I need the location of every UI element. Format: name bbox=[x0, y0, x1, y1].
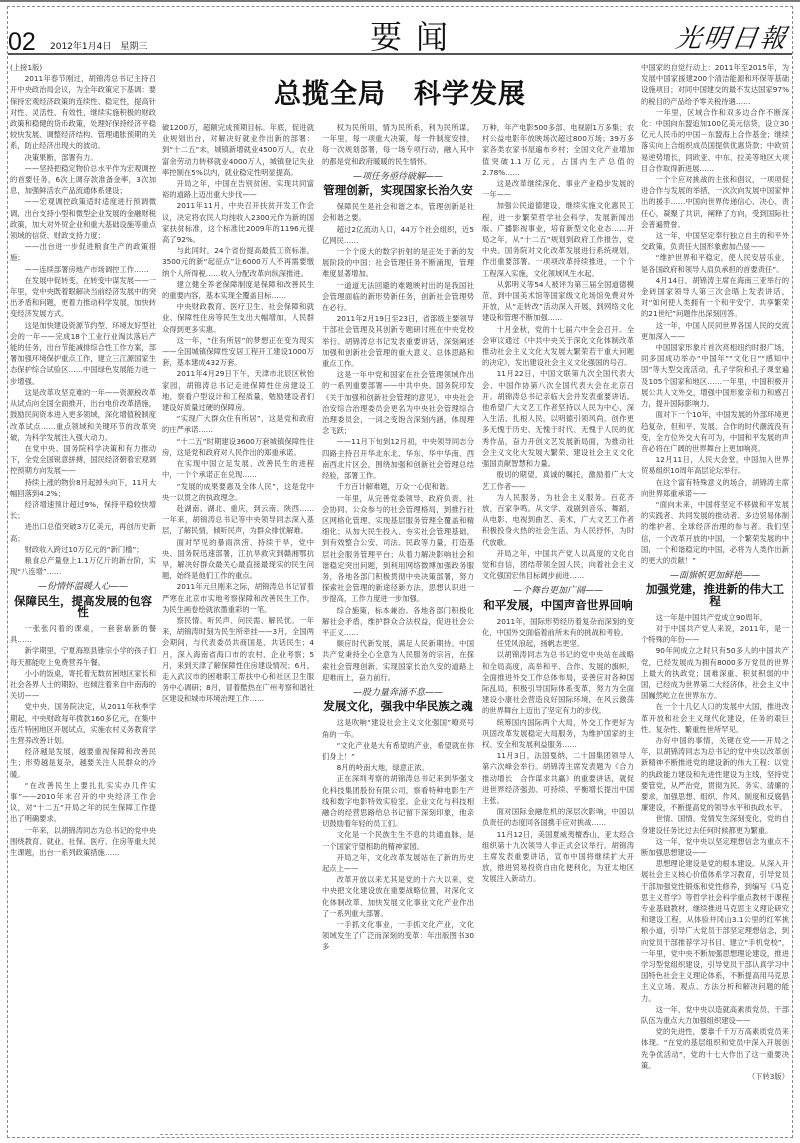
paragraph: 在实现中国立足发展、改善民生的进程中，一个个承诺正在兑现…… bbox=[162, 458, 314, 480]
paragraph: 察民情、听民声、问民需、解民忧。一年来，胡锦涛时刻为民生所牵挂——3月，全国两会… bbox=[162, 615, 314, 705]
paragraph: 一年来，以胡锦涛同志为总书记的党中央围绕教育、就业、社保、医疗、住房等重大民生课… bbox=[10, 825, 156, 859]
paragraph: 持续上涨的物价8月起掉头向下，11月大幅回落到4.2%； bbox=[10, 477, 156, 499]
paragraph: 这是改革攻坚克难的一年——资源税改革从试点向全国全面推开，出台电价改革措施，鼓励… bbox=[10, 387, 156, 443]
paragraph: 对于中国共产党人来说，2011年，是一个特殊的年份—— bbox=[641, 623, 789, 645]
paragraph: 一年里，区域合作和双多边合作不断深化：中国向东盟追加100亿美元信贷，设立30亿… bbox=[641, 107, 789, 174]
paragraph: 开局之年，中国在告别贫困、实现共同富裕的道路上迈出重大步伐—— bbox=[162, 178, 314, 200]
paragraph: 这一年，党中央以坚定理想信念为重点不断加强思想建设—— bbox=[641, 836, 789, 858]
paragraph: 这一年，中国坚定奉行独立自主的和平外交政策，负责任大国形象愈加凸显—— bbox=[641, 230, 789, 252]
header-divider bbox=[8, 53, 792, 55]
section-kicker: —项任务亟待破解—— bbox=[322, 172, 474, 183]
paragraph: 这是一年中党和国家在社会管理领域作出的一系列重要部署——中共中央、国务院印发《关… bbox=[322, 369, 474, 436]
paragraph: (上接1版) bbox=[10, 62, 156, 73]
paragraph: 中国家的自觉行动上：2011年至2015年，为发展中国家援建200个清洁能源和环… bbox=[641, 62, 789, 107]
paragraph: 建立健全养老保障制度是保障和改善民生的重要内容，基本实现全覆盖目标…… bbox=[162, 279, 314, 301]
paragraph: 这一年，党中央以造就高素质党员、干部队伍为重点大力加强组织建设—— bbox=[641, 1004, 789, 1026]
paragraph: 面对罕见的暴雨洪涝、持续干旱，党中央、国务院迅速部署，江抗旱救灾到赣湘鄂抗旱，解… bbox=[162, 537, 314, 582]
paragraph: ——宏观调控政策适时适度进行预调微调，出台支持小型和微型企业发展的金融财税政策，… bbox=[10, 196, 156, 241]
paragraph: ——连续部署房地产市场调控工作…… bbox=[10, 264, 156, 275]
paragraph: “面向未来，中国将坚定不移做和平发展的实践者、共同发展的推动者、多边贸易体制的维… bbox=[641, 499, 789, 566]
paragraph: 2011年2月19日至23日，省部级主要领导干部社会管理及其创新专题研讨班在中央… bbox=[322, 313, 474, 369]
paragraph: 从郭明义等54人被评为第三届全国道德模范，到中国美术馆等国家级文化场馆免费对外开… bbox=[482, 279, 634, 324]
paragraph: 一张张闪着的课桌，一套套崭新的餐具…… bbox=[10, 623, 156, 645]
paragraph: 这一年，中国人民同世界各国人民的交流更加深入—— bbox=[641, 320, 789, 342]
paragraph: “十二五”时期建设3600万套城镇保障性住房，这是党和政府对人民作出的郑重承诺。 bbox=[162, 436, 314, 458]
section-kicker: —面旗帜更加鲜艳—— bbox=[641, 571, 789, 582]
paragraph: “在改善民生上要扎扎实实办几件实事”——2010年末召开的中央经济工作会议，对“… bbox=[10, 780, 156, 825]
paragraph: 保障民生是社会和谐之本，管理创新是社会和谐之要。 bbox=[322, 201, 474, 223]
paragraph: 与此同时，24个省份提高最低工资标准，3500元的新“起征点”让6000万人不再… bbox=[162, 245, 314, 279]
column-5: 中国家的自觉行动上：2011年至2015年，为发展中国家援建200个清洁能源和环… bbox=[641, 62, 789, 1132]
section-subheading: 发展文化，强我中华民族之魂 bbox=[322, 701, 474, 712]
section-kicker: —个舞台更加广阔—— bbox=[482, 586, 634, 597]
paragraph: 进出口总值突破3万亿美元，再创历史新高； bbox=[10, 521, 156, 543]
paragraph: 小小的饭桌，寄托着无数贫困地区家长和社会各界人士的期盼，也倾注着来自中南海的关切… bbox=[10, 668, 156, 702]
paragraph: “维护世界和平稳定，使人民安居乐业，是各国政府和领导人肩负承担的首要责任”。 bbox=[641, 252, 789, 274]
paragraph: 一个个应对挑战的主张和倡议，一项项促进合作与发展的举措，一次次向发展中国家伸出的… bbox=[641, 174, 789, 230]
paragraph: 2011年11月，中央召开扶贫开发工作会议，决定将农民人均纯收入2300元作为新… bbox=[162, 200, 314, 245]
paragraph: 财政收入跨过10万亿元的“新门槛”； bbox=[10, 544, 156, 555]
newspaper-masthead-logo: 光明日報 bbox=[673, 18, 790, 55]
section-title: 要闻 bbox=[370, 12, 462, 58]
paragraph: 在这个富有特殊意义的场合，胡锦涛主席向世界郑重承诺—— bbox=[641, 477, 789, 499]
paragraph: 经济增速预计超过9%，保持平稳较快增长； bbox=[10, 499, 156, 521]
paragraph: 2011年元旦刚来之际，胡锦涛总书记冒着严寒在北京市实地考察保障和改善民生工作，… bbox=[162, 581, 314, 615]
paragraph: 万种，年产电影500多部、电视剧1万多集；农村公益电影年放映场次超过800万场；… bbox=[482, 122, 634, 178]
paragraph: 在一个十几亿人口的发展中大国，推进改革开放和社会主义现代化建设，任务的艰巨性、复… bbox=[641, 701, 789, 735]
paragraph: 世情、国情、党情发生深刻变化，党的自身建设任务比过去任何时候都更为繁重。 bbox=[641, 813, 789, 835]
section-kicker: —股力量奔涌不息—— bbox=[322, 688, 474, 699]
paragraph: 超过2亿流动人口，44万个社会组织，近5亿网民…… bbox=[322, 224, 474, 246]
paragraph: 一个个庞大的数字折射的是正处于新的发展阶段的中国：社会管理任务不断涌现，管理难度… bbox=[322, 246, 474, 280]
paragraph: 粮食总产量登上1.1万亿斤的新台阶，实现“八连增”…… bbox=[10, 555, 156, 577]
paragraph: 这是加快建设资源节约型、环境友好型社会的一年——完成18个工业行业淘汰落后产能的… bbox=[10, 320, 156, 387]
paragraph: 加强公民道德建设，继续实施文化惠民工程，进一步繁荣哲学社会科学，发展新闻出版、广… bbox=[482, 200, 634, 278]
paragraph: 办好中国的事情，关键在党——开局之年，以胡锦涛同志为总书记的党中央以改革创新精神… bbox=[641, 735, 789, 813]
paragraph: 2011年春节刚过，胡锦涛总书记主持召开中央政治局会议，为全年政策定下基调：要保… bbox=[10, 73, 156, 151]
paragraph: 破1200万，超额完成预期目标。年底，促进就业规划出台，对解决好就业作出新的部署… bbox=[162, 122, 314, 178]
paragraph: 一道道无法回避的难题映衬出的是我国社会管理面临的新形势新任务，创新社会管理势在必… bbox=[322, 280, 474, 314]
paragraph: 这一年是中国共产党成立90周年。 bbox=[641, 612, 789, 623]
paragraph: 开局之年，文化改革发展站在了新的历史起点上—— bbox=[322, 852, 474, 874]
paragraph: 面对国际金融危机的深层次影响，中国以负责任的态度同各国携手应对挑战…… bbox=[482, 806, 634, 828]
paragraph: 党中央、国务院决定，从2011年秋季学期起，中央财政每年拨款160多亿元，在集中… bbox=[10, 701, 156, 746]
paragraph: 为人民服务，为社会主义服务。百花齐放，百家争鸣。从文学、戏剧到音乐、舞蹈，从电影… bbox=[482, 492, 634, 548]
paragraph: 在党中央、国务院科学决策和有力推动下，全党全国锐意拼搏，国民经济朝着宏观调控预期… bbox=[10, 443, 156, 477]
paragraph: 一年里，从完善党委领导、政府负责、社会协同、公众参与的社会管理格局，到推行社区网… bbox=[322, 493, 474, 605]
paragraph: 4月14日，胡锦涛主席在海南三亚举行的金砖国家领导人第三次会晤上发表讲话，对“如… bbox=[641, 275, 789, 320]
paragraph: 8月的岭南大地，绿意正浓。 bbox=[322, 762, 474, 773]
paragraph: 思想理论建设是党的根本建设。从深入开展社会主义核心价值体系学习教育，引导党员干部… bbox=[641, 858, 789, 1004]
paragraph: “实现广大群众住有所居”，这是党和政府的庄严承诺…… bbox=[162, 413, 314, 435]
bottom-divider bbox=[160, 1134, 640, 1135]
paragraph: “文化产业是大有希望的产业，希望就在你们身上！” bbox=[322, 740, 474, 762]
top-border bbox=[0, 0, 800, 2]
column-1: (上接1版)2011年春节刚过，胡锦涛总书记主持召开中央政治局会议，为全年政策定… bbox=[10, 62, 156, 1132]
paragraph: 12月11日，人民大会堂，中国加入世界贸易组织10周年高层论坛举行。 bbox=[641, 454, 789, 476]
paragraph: 这是改革继续深化、事业产业稳步发展的一年—— bbox=[482, 178, 634, 200]
paragraph: 开局之年，中国共产党人以高度的文化自觉和自信，团结带领全国人民，向着社会主义文化… bbox=[482, 548, 634, 582]
paragraph: 一手抓文化事业，一手抓文化产业，文化领域发生了广泛而深刻的变革：年出版图书30多 bbox=[322, 919, 474, 953]
paragraph: 90年间成立之时只有50多人的中国共产党，已经发展成为拥有8000多万党员的世界… bbox=[641, 645, 789, 701]
section-subheading: 保障民生，提高发展的包容性 bbox=[10, 596, 156, 618]
paragraph: 决策果断，部署有力。 bbox=[10, 152, 156, 163]
paragraph: 新学期里，宁夏海原县锥宗小学的孩子们每天都能吃上免费营养午餐。 bbox=[10, 645, 156, 667]
paragraph: 2011年4月29日下午，天津市北辰区秋怡家园，胡锦涛总书记走进保障性住房建设工… bbox=[162, 368, 314, 413]
column-4: 万种，年产电影500多部、电视剧1万多集；农村公益电影年放映场次超过800万场；… bbox=[482, 122, 634, 1132]
page-date: 2012年1月4日 星期三 bbox=[50, 39, 147, 52]
paragraph: 11月3日，法国戛纳，二十国集团领导人第六次峰会举行。胡锦涛主席发表题为《合力推… bbox=[482, 750, 634, 806]
paragraph: 面对下一个10年，中国发展的外部环境更趋复杂，但和平、发展、合作的时代潮流没有变… bbox=[641, 409, 789, 454]
paragraph: 经济越是发展，越要重视保障和改善民生；形势越是复杂，越要关注人民群众的冷暖。 bbox=[10, 746, 156, 780]
paragraph: 文化是一个民族生生不息的共通血脉，是一个国家守望相助的精神家园。 bbox=[322, 829, 474, 851]
section-kicker: —份情怀温暖人心—— bbox=[10, 582, 156, 593]
paragraph: 2011年，国际形势经历着复杂而深刻的变化，中国外交面临着前所未有的挑战和考验。 bbox=[482, 616, 634, 638]
paragraph: 综合施策，标本兼治。各地各部门积极化解社会矛盾，维护群众合法权益，促进社会公平正… bbox=[322, 605, 474, 639]
column-3: 权为民所用，情为民所系，利为民所谋。一年里，每一项重大决策，每一件制度安排，每一… bbox=[322, 122, 474, 1132]
continued-note: （下转3版） bbox=[641, 1071, 789, 1082]
column-2: 破1200万，超额完成预期目标。年底，促进就业规划出台，对解决好就业作出新的部署… bbox=[162, 122, 314, 1132]
paragraph: 以胡锦涛同志为总书记的党中央站在战略和全局高度，高举和平、合作、发展的旗帜，全面… bbox=[482, 649, 634, 716]
paragraph: 千方百计解难题，万众一心促和谐。 bbox=[322, 481, 474, 492]
paragraph: 中央财政教育、医疗卫生、社会保障和就业、保障性住房等民生支出大幅增加，人民群众得… bbox=[162, 301, 314, 335]
paragraph: 顺应时代新发展，满足人民新期待。中国共产党秉持全心全意为人民服务的宗旨，在探索社… bbox=[322, 638, 474, 683]
paragraph: 十月金秋，党的十七届六中全会召开。全会审议通过《中共中央关于深化文化体制改革推动… bbox=[482, 324, 634, 369]
paragraph: 殷切的期望，真诚的嘱托，激励着广大文艺工作者—— bbox=[482, 469, 634, 491]
paragraph: 这是吹响“建设社会主义文化强国”嘹亮号角的一年。 bbox=[322, 717, 474, 739]
paragraph: 正在深圳考察的胡锦涛总书记来到华强文化科技集团股份有限公司，察看特种电影生产线和… bbox=[322, 773, 474, 829]
paragraph: ——出台进一步促进粮食生产的政策措施； bbox=[10, 241, 156, 263]
paragraph: 统筹国内国际两个大局，外交工作更好为巩固改革发展稳定大局服务，为维护国家的主权、… bbox=[482, 717, 634, 751]
paragraph: 党的先进性，要靠千千万万高素质党员来体现。“在党的基层组织和党员中深入开展创先争… bbox=[641, 1026, 789, 1071]
page-header: 02 2012年1月4日 星期三 要闻 光明日報 bbox=[8, 8, 792, 54]
paragraph: 赴湖南、湖北、重庆，到云南、陕西……一年来，胡锦涛总书记等中央领导同志深入基层，… bbox=[162, 503, 314, 537]
paragraph: ——11月下旬到12月初，中央领导同志分四路主持召开华北东北、华东、华中华南、西… bbox=[322, 436, 474, 481]
section-subheading: 管理创新，实现国家长治久安 bbox=[322, 185, 474, 196]
paragraph: 任凭风浪起，扬帆志更坚。 bbox=[482, 638, 634, 649]
paragraph: ——坚持把稳定物价总水平作为宏观调控的首要任务，6次上调存款准备金率，3次加息，… bbox=[10, 163, 156, 197]
section-subheading: 和平发展，中国声音世界回响 bbox=[482, 600, 634, 611]
paragraph: 11月22日，中国文联第九次全国代表大会、中国作协第八次全国代表大会在北京召开。… bbox=[482, 368, 634, 469]
paragraph: 这一年，“住有所居”的梦想正在变为现实——全国城镇保障性安居工程开工建设1000… bbox=[162, 335, 314, 369]
paragraph: 权为民所用，情为民所系，利为民所谋。一年里，每一项重大决策，每一件制度安排，每一… bbox=[322, 122, 474, 167]
paragraph: “发展的成果要惠及全体人民”，这是党中央一以贯之的执政理念。 bbox=[162, 481, 314, 503]
paragraph: 中国国家形象片首次亮相纽约时报广场，同多国成功举办“中国年”“文化日”“感知中国… bbox=[641, 342, 789, 409]
article-headline: 总揽全局 科学发展 bbox=[160, 72, 640, 111]
paragraph: 11月12日，美国夏威夷檀香山，亚太经合组织第十九次领导人非正式会议举行。胡锦涛… bbox=[482, 829, 634, 885]
section-subheading: 加强党建，推进新的伟大工程 bbox=[641, 584, 789, 606]
paragraph: 改革开放以来尤其是党的十六大以来，党中央把文化建设放在重要战略位置，对深化文化体… bbox=[322, 874, 474, 919]
paragraph: 在发展中促转变，在转变中谋发展——一年里，党中央既着眼解决当前经济发展中的突出矛… bbox=[10, 275, 156, 320]
